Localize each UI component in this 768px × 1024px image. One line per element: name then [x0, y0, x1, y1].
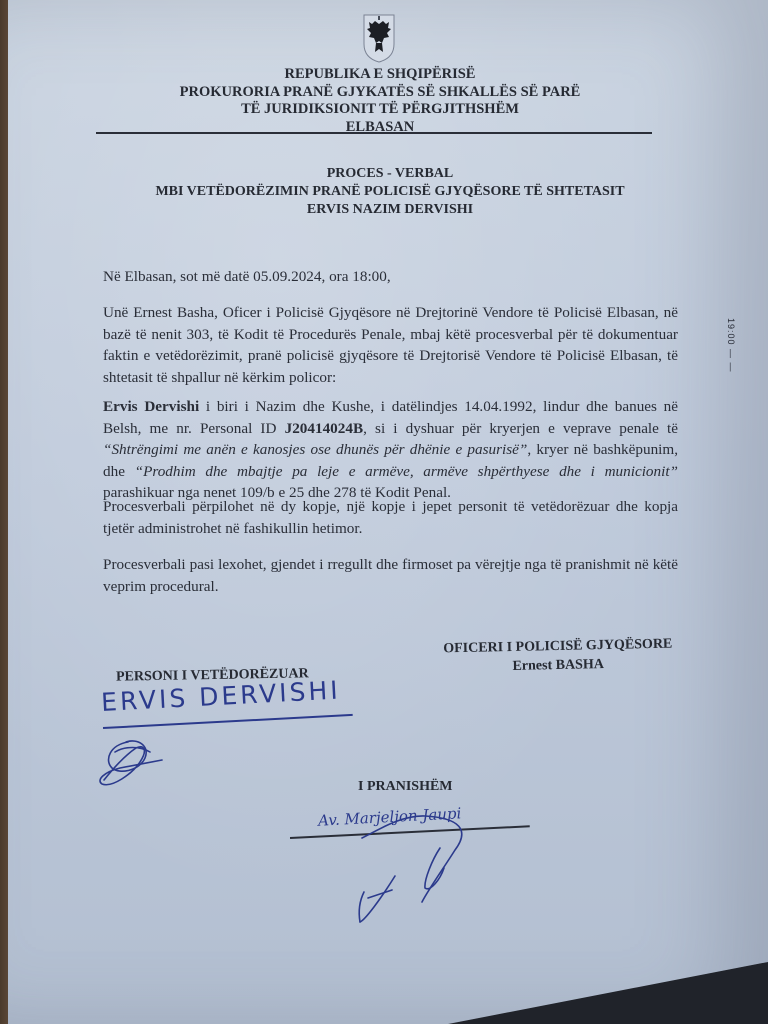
- person-suspect-text: , si i dyshuar për kryerjen e veprave pe…: [363, 420, 678, 437]
- albanian-coat-of-arms-icon: [361, 12, 397, 64]
- offense-extortion: “Shtrëngimi me anën e kanosjes ose dhunë…: [103, 441, 527, 458]
- surrendered-signature-icon: [100, 741, 162, 785]
- officer-signature-block: OFICERI I POLICISË GJYQËSORE Ernest BASH…: [438, 634, 679, 677]
- header-prosecution: PROKURORIA PRANË GJYKATËS SË SHKALLËS SË…: [90, 84, 670, 102]
- document-header: REPUBLIKA E SHQIPËRISË PROKURORIA PRANË …: [90, 66, 670, 136]
- margin-time-stamp: 19:00 — —: [726, 318, 736, 373]
- personal-id: J20414024B: [285, 420, 363, 437]
- handwritten-name-underline: [103, 714, 353, 729]
- document-title: PROCES - VERBAL MBI VETËDORËZIMIN PRANË …: [110, 165, 670, 219]
- title-subject: MBI VETËDORËZIMIN PRANË POLICISË GJYQËSO…: [110, 183, 670, 201]
- document: REPUBLIKA E SHQIPËRISË PROKURORIA PRANË …: [0, 0, 768, 1024]
- copies-paragraph: Procesverbali përpilohet në dy kopje, nj…: [103, 496, 678, 539]
- photo-background: REPUBLIKA E SHQIPËRISË PROKURORIA PRANË …: [0, 0, 768, 1024]
- intro-paragraph: Unë Ernest Basha, Oficer i Policisë Gjyq…: [103, 302, 678, 388]
- header-jurisdiction: TË JURIDIKSIONIT TË PËRGJITHSHËM: [90, 101, 670, 119]
- date-line: Në Elbasan, sot më datë 05.09.2024, ora …: [103, 266, 678, 288]
- header-divider: [96, 132, 652, 134]
- title-person: ERVIS NAZIM DERVISHI: [110, 201, 670, 219]
- offense-weapons: “Prodhim dhe mbajtje pa leje e armëve, a…: [135, 463, 678, 480]
- title-type: PROCES - VERBAL: [110, 165, 670, 183]
- person-name: Ervis Dervishi: [103, 398, 199, 415]
- reading-paragraph: Procesverbali pasi lexohet, gjendet i rr…: [103, 554, 678, 597]
- person-paragraph: Ervis Dervishi i biri i Nazim dhe Kushe,…: [103, 396, 678, 504]
- handwritten-witness-name: Av. Marjeljon Jaupi: [318, 804, 462, 829]
- witness-label: I PRANISHËM: [358, 779, 453, 795]
- header-republic: REPUBLIKA E SHQIPËRISË: [90, 66, 670, 84]
